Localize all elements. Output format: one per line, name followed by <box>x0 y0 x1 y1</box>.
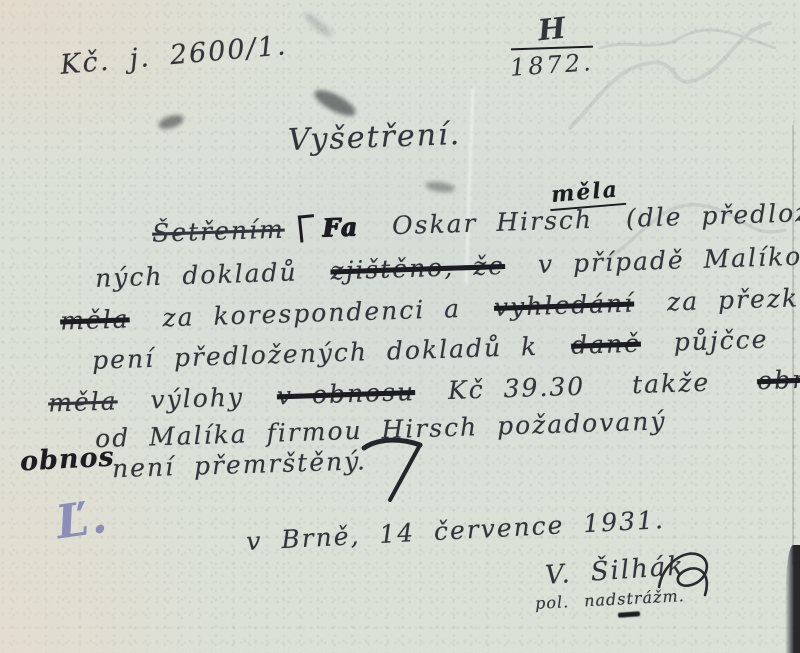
word: půjčce <box>673 325 769 357</box>
word: za korespondenci a <box>162 294 461 332</box>
page-edge-shadow <box>785 545 800 653</box>
word: není přemrštěný. <box>112 446 368 483</box>
signature-title: pol. nadstrážm. <box>535 586 686 613</box>
ink-smudge <box>424 180 455 194</box>
flourish-mark <box>358 432 428 504</box>
struck-word: měla <box>48 386 118 417</box>
page-edge-line <box>792 125 794 565</box>
reviewer-initial: Ľ. <box>52 489 111 550</box>
ink-smudge <box>157 112 185 131</box>
struck-word: zjištěno, že <box>330 251 505 285</box>
docket-denominator: 1872. <box>509 48 594 82</box>
document-scan: Kč. j. 2600/1. H 1872. Vyšetření. Šetřen… <box>0 0 800 653</box>
word: ných dokladů <box>95 257 298 292</box>
word: Oskar Hirsch <box>392 205 594 240</box>
struck-word: Šetřením <box>152 215 285 248</box>
word: (dle předlož- <box>625 198 800 233</box>
insertion-mark-icon <box>297 214 316 242</box>
word: takže <box>632 368 711 399</box>
docket-number: H 1872. <box>500 12 604 79</box>
heading: Vyšetření. <box>287 117 461 158</box>
struck-word: daně <box>571 329 642 360</box>
struck-word: měla <box>60 304 130 335</box>
struck-word: vyhledání <box>494 289 635 322</box>
handwritten-line: pení předložených dokladů k daně půjčce <box>92 324 783 375</box>
ref-number: Kč. j. 2600/1. <box>59 30 288 81</box>
margin-word: obnos <box>19 442 115 478</box>
amount-value: Kč 39.30 <box>448 372 586 405</box>
ink-smudge <box>311 85 359 121</box>
struck-word: v obnosu <box>276 377 415 410</box>
word: pení předložených dokladů k <box>92 332 539 375</box>
docket-numerator: H <box>537 11 568 48</box>
handwritten-line: ných dokladů zjištěno, že v případě Malí… <box>95 240 800 293</box>
inserted-word: měla <box>548 176 626 211</box>
word: za přezkou- <box>667 282 800 317</box>
struck-word: obnos od <box>757 362 800 395</box>
ink-smudge <box>301 10 335 41</box>
date-line: v Brně, 14 července 1931. <box>246 505 666 556</box>
word: výlohy <box>150 382 244 414</box>
ink-dash <box>618 611 640 618</box>
overwritten-word: Fa <box>322 212 359 242</box>
